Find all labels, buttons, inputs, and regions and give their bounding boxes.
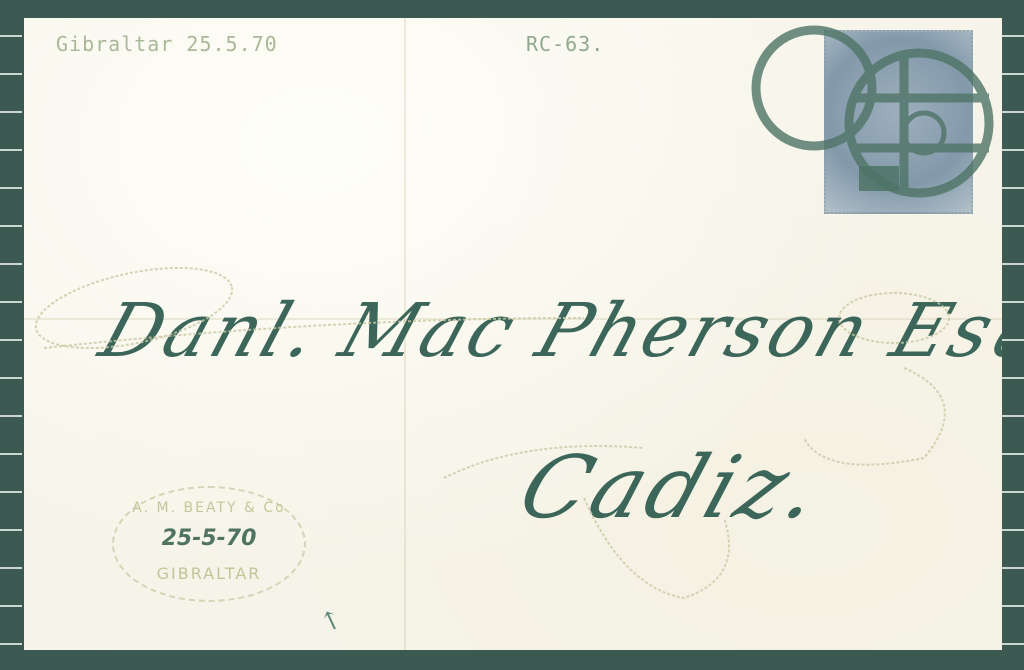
- address-city: Cadiz.: [508, 438, 837, 538]
- grid-cancellation-mark: [744, 18, 994, 218]
- pencil-note-reference: RC-63.: [526, 32, 604, 56]
- merchant-datestamp: A. M. BEATY & Co 25-5-70 GIBRALTAR: [112, 486, 306, 602]
- arrow-icon: ↖: [316, 603, 347, 639]
- album-page-strip-left: [0, 0, 22, 670]
- album-page-strip-right: [1000, 0, 1024, 670]
- addressee-name: Danl. Mac Pherson Esq.: [90, 288, 1002, 374]
- datestamp-top-text: A. M. BEATY & Co: [114, 500, 304, 516]
- pencil-note-origin: Gibraltar 25.5.70: [56, 32, 278, 56]
- postal-cover: Gibraltar 25.5.70 RC-63. Danl. Mac Phers…: [24, 18, 1002, 650]
- datestamp-bottom-text: GIBRALTAR: [114, 564, 304, 583]
- datestamp-date: 25-5-70: [114, 526, 304, 551]
